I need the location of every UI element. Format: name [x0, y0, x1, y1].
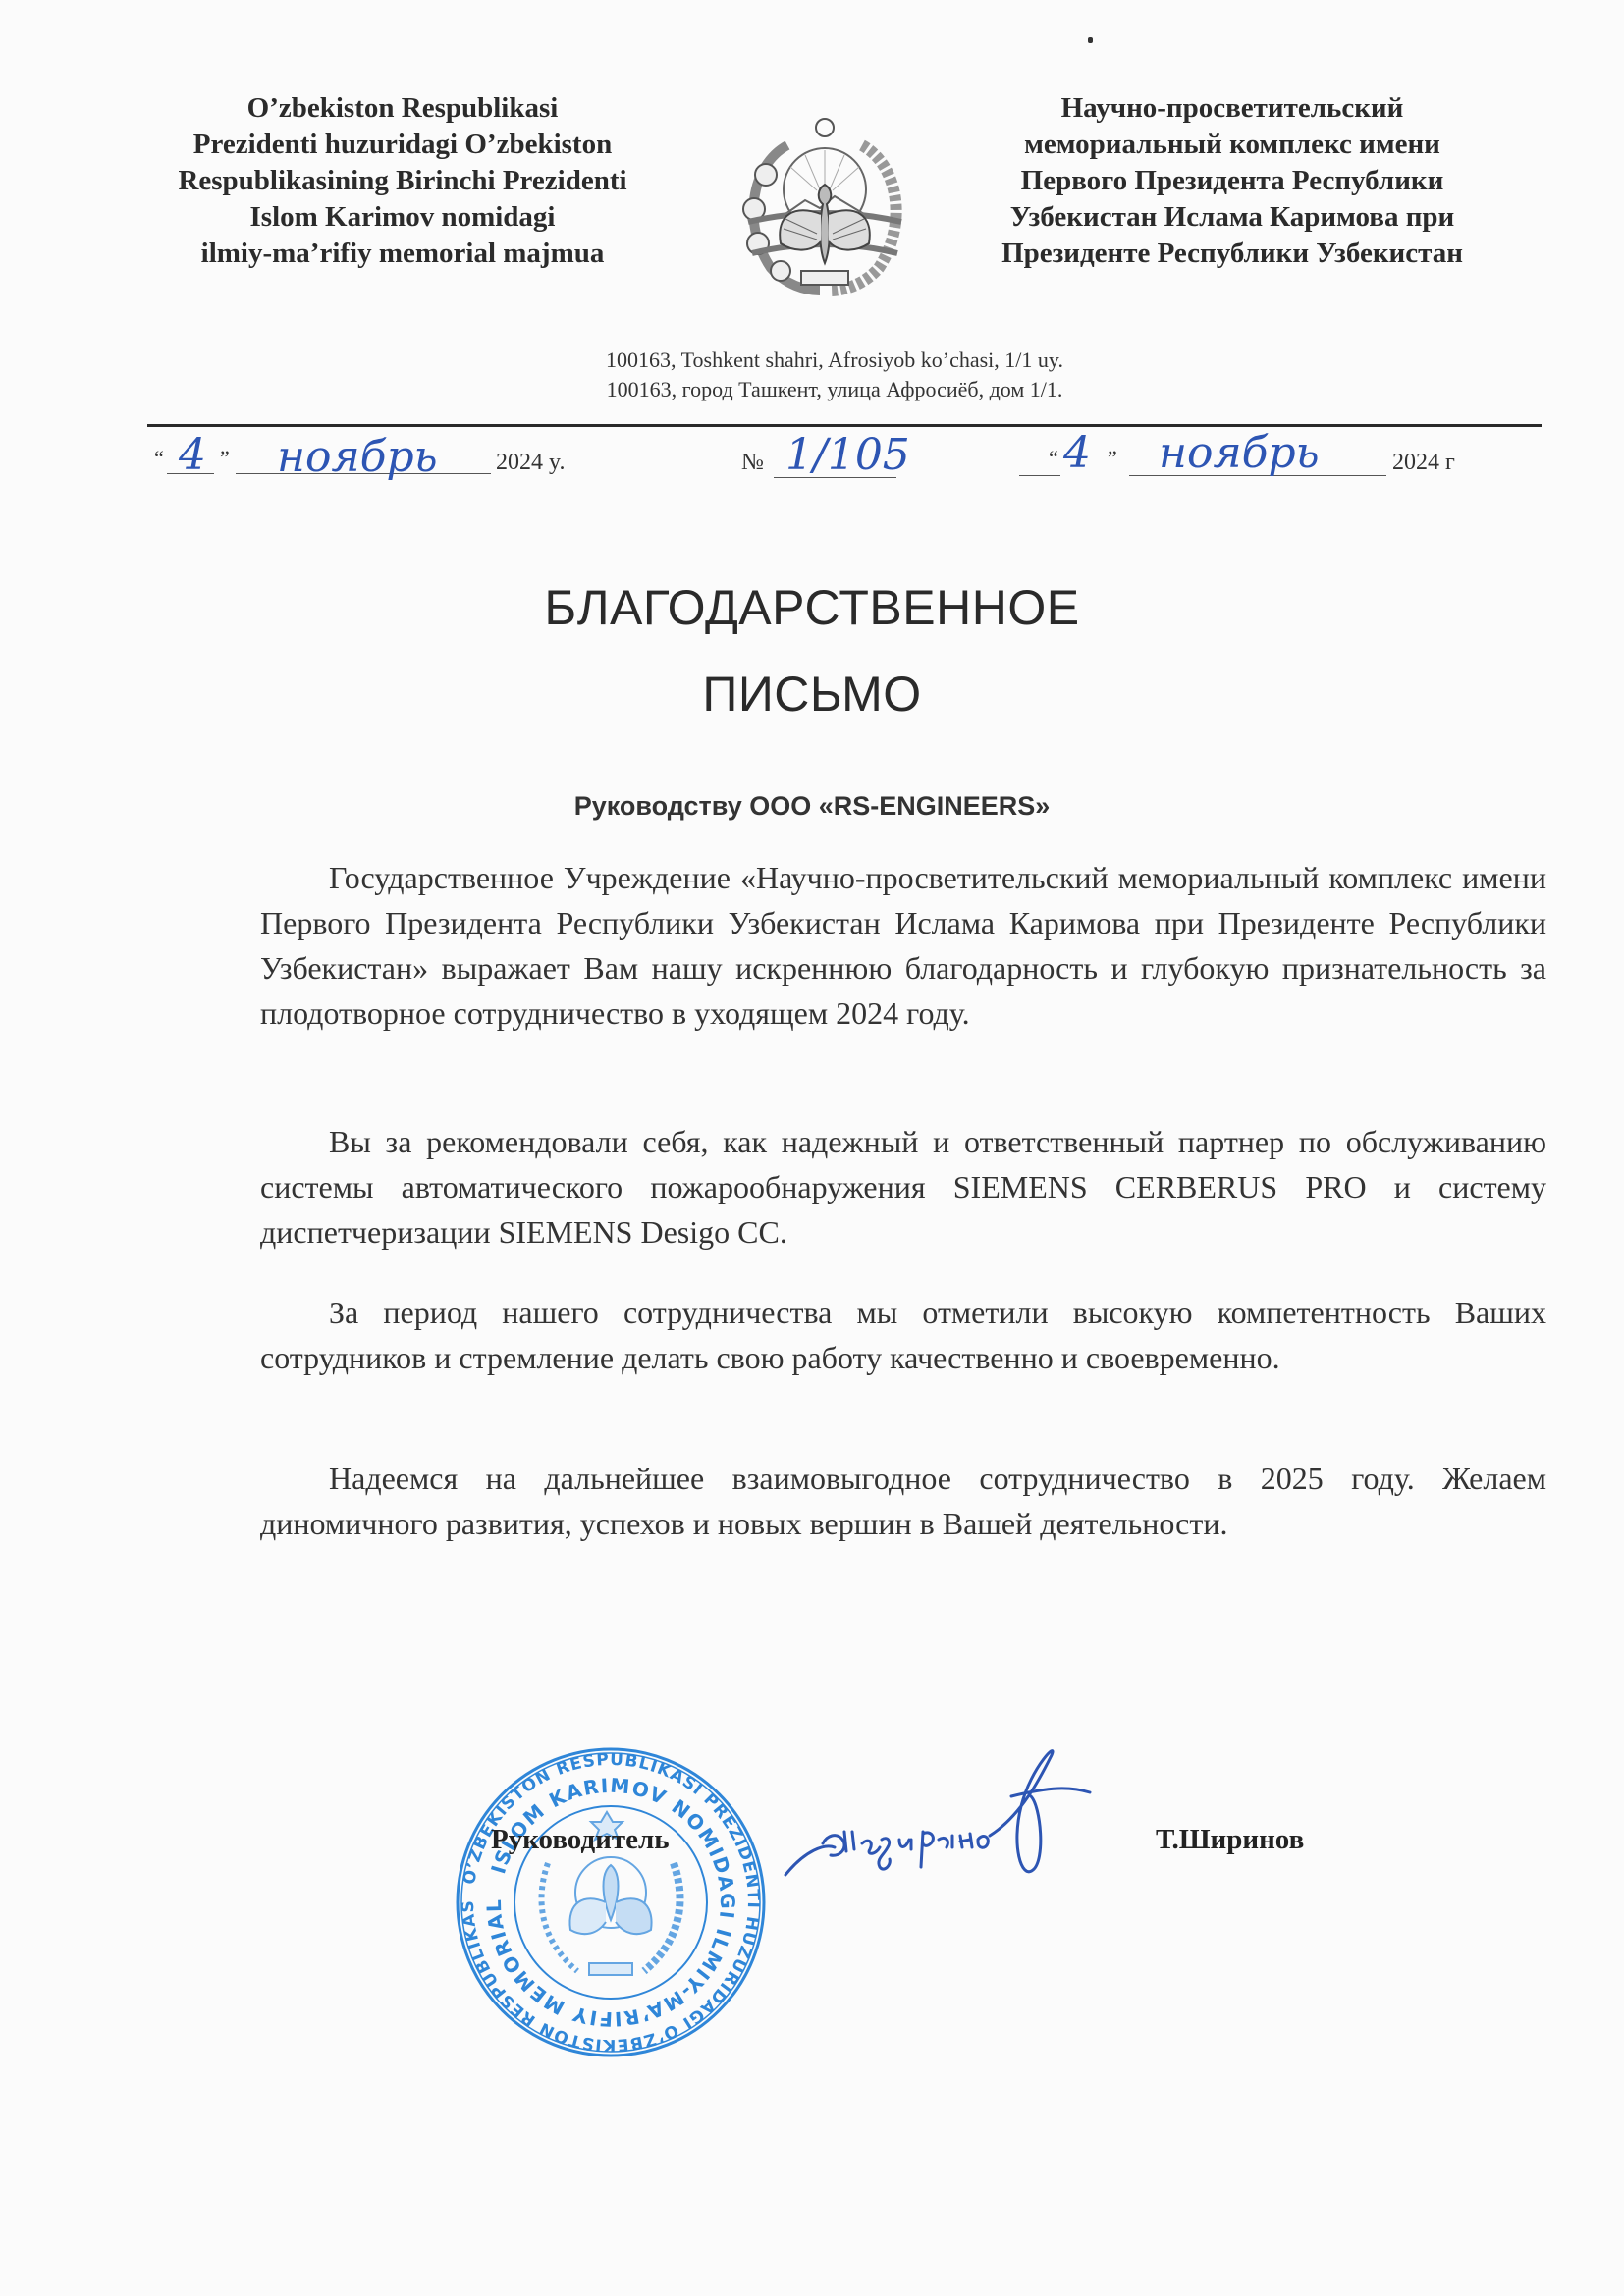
doc-number-label: № [741, 450, 764, 476]
uzbekistan-coat-of-arms-icon [727, 106, 923, 302]
body-paragraph-2: Вы за рекомендовали себя, как надежный и… [260, 1119, 1546, 1255]
date-left-year: 2024 y. [496, 450, 565, 476]
scan-speck [1088, 37, 1093, 43]
header-divider [147, 424, 1542, 427]
date-left-open-quote: “ [154, 446, 164, 471]
header-left-line: Prezidenti huzuridagi O’zbekiston [128, 127, 677, 163]
date-right-close-quote: ” [1108, 446, 1117, 471]
title-line-2: ПИСЬМО [0, 651, 1624, 737]
header-right-line: Узбекистан Ислама Каримова при [947, 199, 1517, 236]
body-paragraph-1: Государственное Учреждение «Научно-просв… [260, 855, 1546, 1036]
header-left-line: Respublikasining Birinchi Prezidenti [128, 163, 677, 199]
body-paragraph-4: Надеемся на дальнейшее взаимовыгодное со… [260, 1456, 1546, 1546]
address-uz: 100163, Toshkent shahri, Afrosiyob ko’ch… [491, 346, 1178, 375]
header-right-line: Президенте Республики Узбекистан [947, 236, 1517, 272]
address-ru: 100163, город Ташкент, улица Афросиёб, д… [491, 375, 1178, 404]
address-block: 100163, Toshkent shahri, Afrosiyob ko’ch… [491, 346, 1178, 404]
title-line-1: БЛАГОДАРСТВЕННОЕ [0, 564, 1624, 651]
header-left-line: ilmiy-ma’rifiy memorial majmua [128, 236, 677, 272]
date-left-day: 4 [179, 430, 206, 480]
header-right-line: мемориальный комплекс имени [947, 127, 1517, 163]
date-right-year: 2024 г [1392, 450, 1455, 476]
body-paragraph-3: За период нашего сотрудничества мы отмет… [260, 1290, 1546, 1380]
header-right-line: Первого Президента Республики [947, 163, 1517, 199]
date-left-close-quote: ” [220, 446, 230, 471]
header-russian-org-name: Научно-просветительский мемориальный ком… [947, 90, 1517, 272]
doc-number-value: 1/105 [785, 430, 910, 480]
date-right-open-quote: “ [1049, 446, 1058, 471]
addressee: Руководству ООО «RS-ENGINEERS» [0, 791, 1624, 822]
date-left-month: ноябрь [277, 432, 438, 482]
header-right-line: Научно-просветительский [947, 90, 1517, 127]
date-right-day: 4 [1063, 428, 1091, 478]
official-round-stamp-icon: O’ZBEKISTON RESPUBLIKASI PREZIDENTI HUZU… [454, 1745, 768, 2059]
date-right-month: ноябрь [1159, 428, 1320, 478]
document-title: БЛАГОДАРСТВЕННОЕ ПИСЬМО [0, 564, 1624, 737]
header-left-line: O’zbekiston Respublikasi [128, 90, 677, 127]
date-right-day-underline [1019, 475, 1060, 476]
handwritten-signature-icon [776, 1737, 1188, 1895]
header-uzbek-org-name: O’zbekiston Respublikasi Prezidenti huzu… [128, 90, 677, 272]
signer-title: Руководитель [491, 1824, 670, 1856]
header-left-line: Islom Karimov nomidagi [128, 199, 677, 236]
